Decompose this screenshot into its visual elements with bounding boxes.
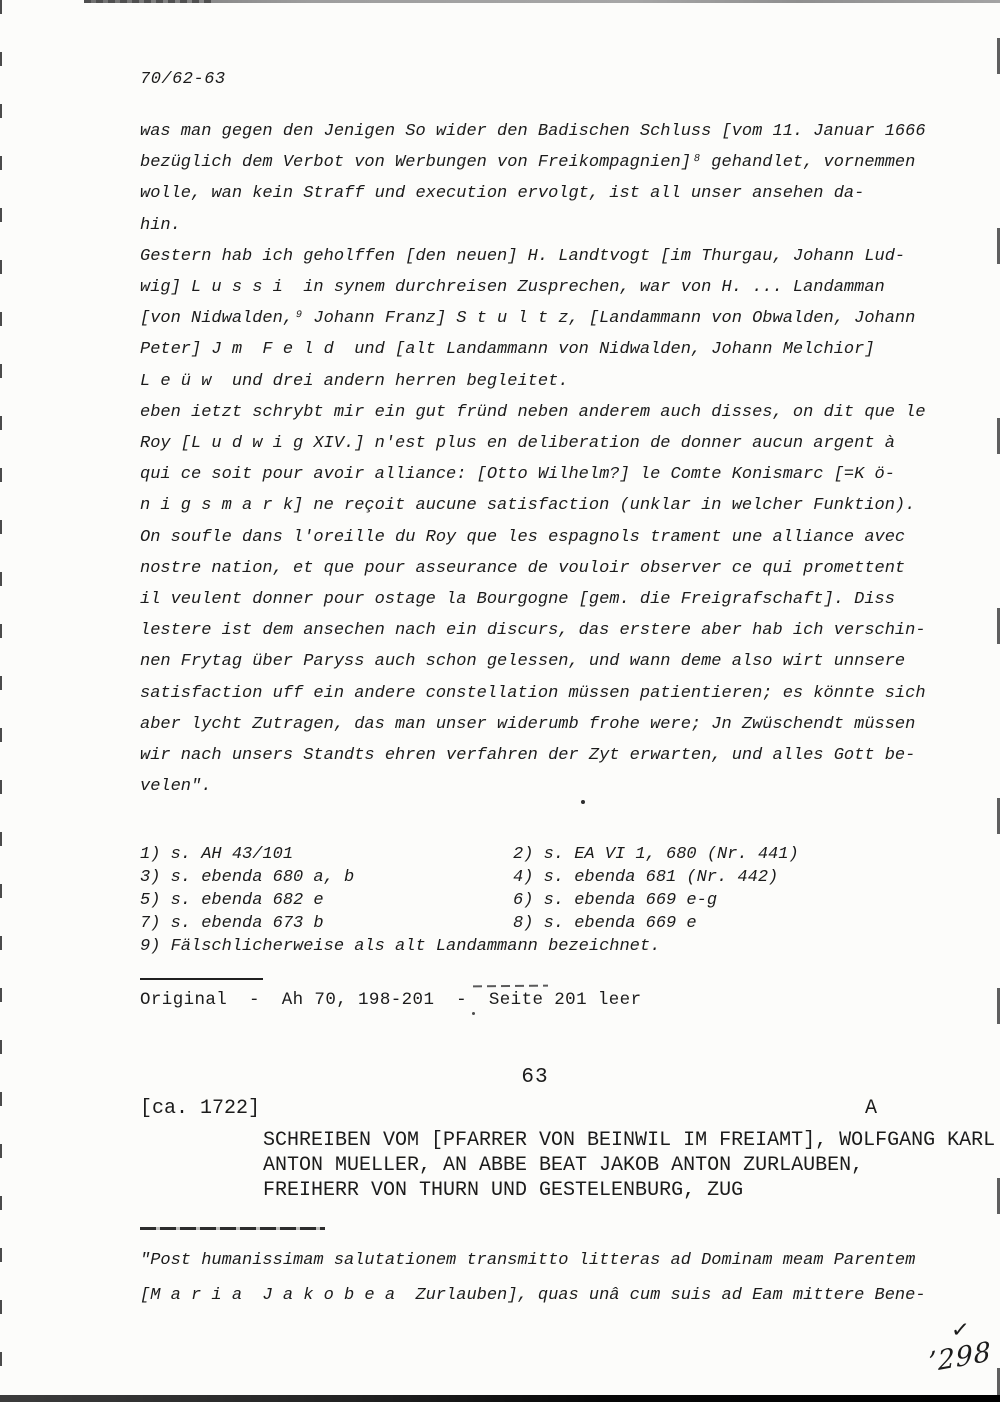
transcript-line: velen". <box>140 771 955 802</box>
page-reference: 70/62-63 <box>140 70 226 89</box>
source-line: Original - Ah 70, 198-201 - Seite 201 le… <box>140 990 642 1010</box>
footnote-row: 3) s. ebenda 680 a, b 4) s. ebenda 681 (… <box>140 866 955 889</box>
source-suffix: 201 leer <box>543 990 641 1010</box>
transcript-line: wir nach unsers Standts ehren verfahren … <box>140 740 955 771</box>
footnote-left: 5) s. ebenda 682 e <box>140 889 513 912</box>
transcript-line: eben ietzt schrybt mir ein gut fründ neb… <box>140 397 955 428</box>
footnote-row: 5) s. ebenda 682 e 6) s. ebenda 669 e-g <box>140 889 955 912</box>
transcript-line: L e ü w und drei andern herren begleitet… <box>140 366 955 397</box>
transcript-line: nostre nation, et que pour asseurance de… <box>140 553 955 584</box>
transcript-line: satisfaction uff ein andere constellatio… <box>140 678 955 709</box>
entry-meta-row: [ca. 1722] A <box>140 1097 877 1120</box>
footnote-left: 3) s. ebenda 680 a, b <box>140 866 513 889</box>
transcript-line: wolle, wan kein Straff und execution erv… <box>140 178 955 209</box>
handwritten-page-number: ’298 <box>928 1336 992 1378</box>
transcript-line: lestere ist dem ansechen nach ein discur… <box>140 615 955 646</box>
title-line: FREIHERR VON THURN UND GESTELENBURG, ZUG <box>263 1178 995 1203</box>
footnote-row: 7) s. ebenda 673 b 8) s. ebenda 669 e <box>140 912 955 935</box>
entry-letter: A <box>865 1097 877 1120</box>
source-prefix: Original - Ah 70, 198-201 - <box>140 990 489 1010</box>
source-marked-word: Seite <box>489 990 544 1010</box>
entry-number: 63 <box>140 1066 930 1089</box>
transcript-line: On soufle dans l'oreille du Roy que les … <box>140 522 955 553</box>
transcript-line: n i g s m a r k] ne reçoit aucune satisf… <box>140 490 955 521</box>
footnotes: 1) s. AH 43/101 2) s. EA VI 1, 680 (Nr. … <box>140 843 955 958</box>
footnote-right: 8) s. ebenda 669 e <box>513 912 697 935</box>
transcript-body: was man gegen den Jenigen So wider den B… <box>140 116 955 802</box>
title-line: SCHREIBEN VOM [PFARRER VON BEINWIL IM FR… <box>263 1128 995 1153</box>
footnote-right: 2) s. EA VI 1, 680 (Nr. 441) <box>513 843 799 866</box>
bottom-edge-band <box>0 1395 1000 1402</box>
footnote-right: 6) s. ebenda 669 e-g <box>513 889 717 912</box>
transcript-line: was man gegen den Jenigen So wider den B… <box>140 116 955 147</box>
footnote-left: 1) s. AH 43/101 <box>140 843 513 866</box>
separator-dashes <box>140 1227 325 1230</box>
entry-date: [ca. 1722] <box>140 1097 260 1120</box>
transcript-line: hin. <box>140 210 955 241</box>
document-page: 70/62-63 was man gegen den Jenigen So wi… <box>0 0 1000 1402</box>
letter-body: "Post humanissimam salutationem transmit… <box>140 1243 955 1313</box>
source-rule <box>140 978 263 980</box>
transcript-line: [von Nidwalden,⁹ Johann Franz] S t u l t… <box>140 303 955 334</box>
footnote-row: 1) s. AH 43/101 2) s. EA VI 1, 680 (Nr. … <box>140 843 955 866</box>
transcript-line: bezüglich dem Verbot von Werbungen von F… <box>140 147 955 178</box>
left-edge-line <box>0 0 2 1402</box>
entry-title: SCHREIBEN VOM [PFARRER VON BEINWIL IM FR… <box>140 1128 995 1203</box>
transcript-line: Gestern hab ich geholffen [den neuen] H.… <box>140 241 955 272</box>
transcript-line: qui ce soit pour avoir alliance: [Otto W… <box>140 459 955 490</box>
transcript-line: Peter] J m F e l d und [alt Landammann v… <box>140 334 955 365</box>
stray-ink-dot <box>581 800 585 804</box>
transcript-line: aber lycht Zutragen, das man unser wider… <box>140 709 955 740</box>
transcript-line: nen Frytag über Paryss auch schon geless… <box>140 646 955 677</box>
top-edge-line <box>84 0 1000 3</box>
transcript-line: il veulent donner pour ostage la Bourgog… <box>140 584 955 615</box>
footnote-left: 7) s. ebenda 673 b <box>140 912 513 935</box>
footnote-full: 9) Fälschlicherweise als alt Landammann … <box>140 935 955 958</box>
top-edge-dashes <box>84 0 214 3</box>
title-line: ANTON MUELLER, AN ABBE BEAT JAKOB ANTON … <box>263 1153 995 1178</box>
pencil-dot <box>472 1012 475 1015</box>
footnote-right: 4) s. ebenda 681 (Nr. 442) <box>513 866 778 889</box>
letter-line: [M a r i a J a k o b e a Zurlauben], qua… <box>140 1278 955 1313</box>
letter-line: "Post humanissimam salutationem transmit… <box>140 1243 955 1278</box>
transcript-line: wig] L u s s i in synem durchreisen Zusp… <box>140 272 955 303</box>
transcript-line: Roy [L u d w i g XIV.] n'est plus en del… <box>140 428 955 459</box>
